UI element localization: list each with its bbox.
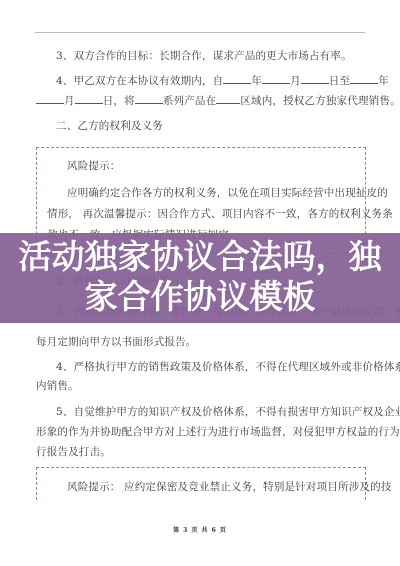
day-to-label: 日至 [329, 75, 350, 87]
clause-3b-line2: 每月定期向甲方以书面形式报告。 [36, 334, 197, 349]
header-rule [35, 32, 365, 33]
year2-blank [350, 73, 378, 84]
year-blank [223, 73, 251, 84]
banner-title-line2: 家合作协议模板 [0, 277, 400, 317]
risk-text-line1: 应明确约定合作各方的权利义务，以免在项目实际经营中出现扯皮的 [67, 185, 388, 200]
year-label: 年 [251, 75, 262, 87]
series-blank [135, 93, 163, 104]
risk-box-2: 风险提示： 应约定保密及竞业禁止义务，特别是针对项目所涉及的技 [36, 467, 366, 500]
month-label: 月 [290, 75, 301, 87]
clause-4b-line1: 4、严格执行甲方的销售政策及价格体系，不得在代理区域外或非价格体系 [56, 359, 400, 374]
clause-5-line1: 5、自觉维护甲方的知识产权及价格体系，不得有损害甲方知识产权及企业 [56, 404, 400, 419]
month2-label: 月 [64, 95, 75, 107]
day2-blank [75, 93, 103, 104]
clause-4b-line2: 内销售。 [36, 378, 79, 393]
clause-5-line2: 形象的作为并协助配合甲方对上述行为进行市场监督，对侵犯甲方权益的行为进 [36, 424, 400, 439]
banner-title-line1: 活动独家协议合法吗，独 [0, 237, 400, 277]
series-label: 系列产品在 [163, 95, 217, 107]
title-banner: 活动独家协议合法吗，独 家合作协议模板 [0, 233, 400, 323]
clause-4-line2: 月日，将系列产品在区域内，授权乙方独家代理销售。 [36, 93, 400, 108]
month-blank [262, 73, 290, 84]
clause-5-line3: 行报告及打击。 [36, 444, 111, 459]
risk-text-line2: 情形， 再次温馨提示：因合作方式、项目内容不一致，各方的权利义务条 [47, 206, 393, 221]
banner-title: 活动独家协议合法吗，独 家合作协议模板 [0, 233, 400, 317]
day-blank [301, 73, 329, 84]
day2-label: 日，将 [103, 95, 135, 107]
risk-label: 风险提示： [67, 158, 121, 173]
clause-4-prefix: 4、甲乙双方在本协议有效期内，自 [56, 75, 223, 87]
risk-box-2-text: 风险提示： 应约定保密及竞业禁止义务，特别是针对项目所涉及的技 [67, 479, 392, 494]
region-blank [216, 93, 240, 104]
page-number: 第 3 页 共 6 页 [0, 525, 400, 534]
clause-3: 3、双方合作的目标：长期合作，谋求产品的更大市场占有率。 [56, 48, 352, 63]
clause-4-line1: 4、甲乙双方在本协议有效期内，自年月日至年 [56, 73, 389, 88]
region-label: 区域内，授权乙方独家代理销售。 [240, 95, 400, 107]
month2-blank [36, 93, 64, 104]
section-2-heading: 二、乙方的权利及义务 [56, 118, 163, 133]
year2-label: 年 [378, 75, 389, 87]
